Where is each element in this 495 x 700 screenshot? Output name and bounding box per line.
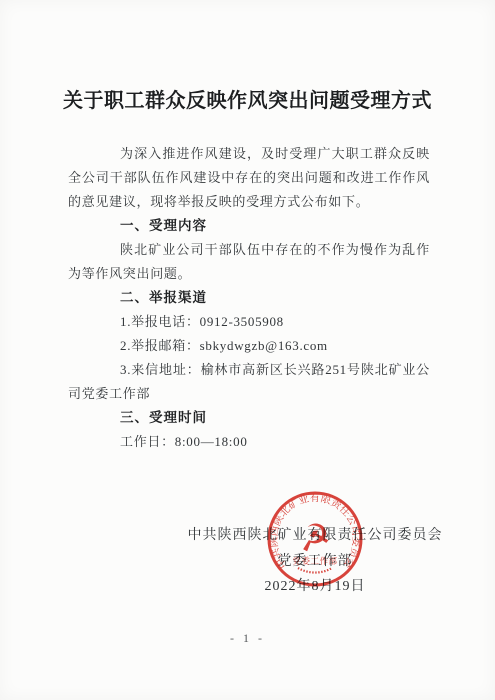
document-body: 为深入推进作风建设，及时受理广大职工群众反映全公司干部队伍作风建设中存在的突出问… [68, 142, 430, 454]
mail-address-line: 3.来信地址：榆林市高新区长兴路251号陕北矿业公司党委工作部 [68, 358, 430, 406]
document-title: 关于职工群众反映作风突出问题受理方式 [0, 84, 495, 113]
official-seal: 中共陕西陕北矿业有限责任公司委员会 ☭ 党委工作部 [265, 489, 365, 589]
report-email-line: 2.举报邮箱：sbkydwgzb@163.com [68, 334, 430, 358]
section-1-body: 陕北矿业公司干部队伍中存在的不作为慢作为乱作为等作风突出问题。 [68, 238, 430, 286]
section-2-heading: 二、举报渠道 [68, 286, 430, 310]
page-number: - 1 - [0, 631, 495, 646]
working-hours-line: 工作日：8:00—18:00 [68, 430, 430, 454]
report-phone-line: 1.举报电话：0912-3505908 [68, 310, 430, 334]
document-page: 关于职工群众反映作风突出问题受理方式 为深入推进作风建设，及时受理广大职工群众反… [0, 0, 495, 700]
intro-paragraph: 为深入推进作风建设，及时受理广大职工群众反映全公司干部队伍作风建设中存在的突出问… [68, 142, 430, 214]
party-emblem-icon: ☭ [296, 516, 334, 561]
section-1-heading: 一、受理内容 [68, 214, 430, 238]
section-3-heading: 三、受理时间 [68, 406, 430, 430]
seal-serial-microtext [298, 568, 332, 573]
seal-inner-text: 党委工作部 [292, 556, 337, 566]
